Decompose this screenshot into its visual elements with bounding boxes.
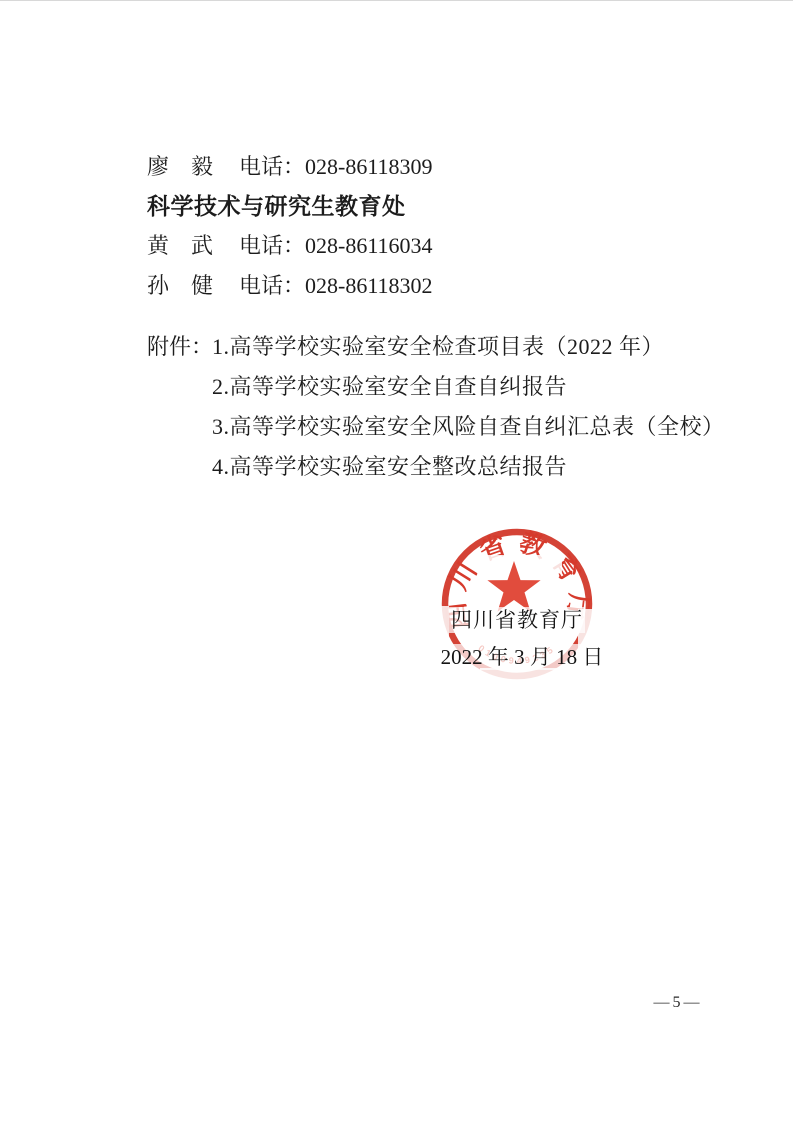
page-number: —5— xyxy=(638,994,718,1012)
attachment-item-2: 2.高等学校实验室安全自查自纠报告 xyxy=(212,367,725,407)
contact-name: 廖 毅 xyxy=(147,147,217,187)
attachments-label: 附件： xyxy=(147,327,213,367)
document-page: { "document": { "contacts_top": [ { "nam… xyxy=(0,0,793,1122)
contact-line-huangwu: 黄 武电话：028-86116034 xyxy=(147,226,433,266)
signature-date-text: 2022 年 3 月 18 日 xyxy=(439,644,606,670)
attachments-list: 附件： 1.高等学校实验室安全检查项目表（2022 年） 2.高等学校实验室安全… xyxy=(147,327,725,487)
contact-phone: 电话：028-86118309 xyxy=(239,154,433,179)
department-heading: 科学技术与研究生教育处 xyxy=(147,187,433,227)
contact-line-liaoyi: 廖 毅电话：028-86118309 xyxy=(147,147,433,187)
contact-name: 孙 健 xyxy=(147,266,217,306)
contact-block: 廖 毅电话：028-86118309 科学技术与研究生教育处 黄 武电话：028… xyxy=(147,147,433,305)
contact-line-sunjian: 孙 健电话：028-86118302 xyxy=(147,266,433,306)
attachments-block: 附件： 1.高等学校实验室安全检查项目表（2022 年） 2.高等学校实验室安全… xyxy=(147,327,725,487)
contact-name: 黄 武 xyxy=(147,226,217,266)
contact-phone: 电话：028-86116034 xyxy=(239,233,433,258)
signature-org-text: 四川省教育厅 xyxy=(449,607,585,633)
page: 廖 毅电话：028-86118309 科学技术与研究生教育处 黄 武电话：028… xyxy=(0,1,793,1122)
attachment-item-3: 3.高等学校实验室安全风险自查自纠汇总表（全校） xyxy=(212,407,725,447)
signature-date: 2022 年 3 月 18 日 xyxy=(422,644,622,670)
signature-org-name: 四川省教育厅 xyxy=(432,607,602,633)
attachment-item-1: 1.高等学校实验室安全检查项目表（2022 年） xyxy=(212,327,725,367)
attachment-item-4: 4.高等学校实验室安全整改总结报告 xyxy=(212,447,725,487)
contact-phone: 电话：028-86118302 xyxy=(239,273,433,298)
